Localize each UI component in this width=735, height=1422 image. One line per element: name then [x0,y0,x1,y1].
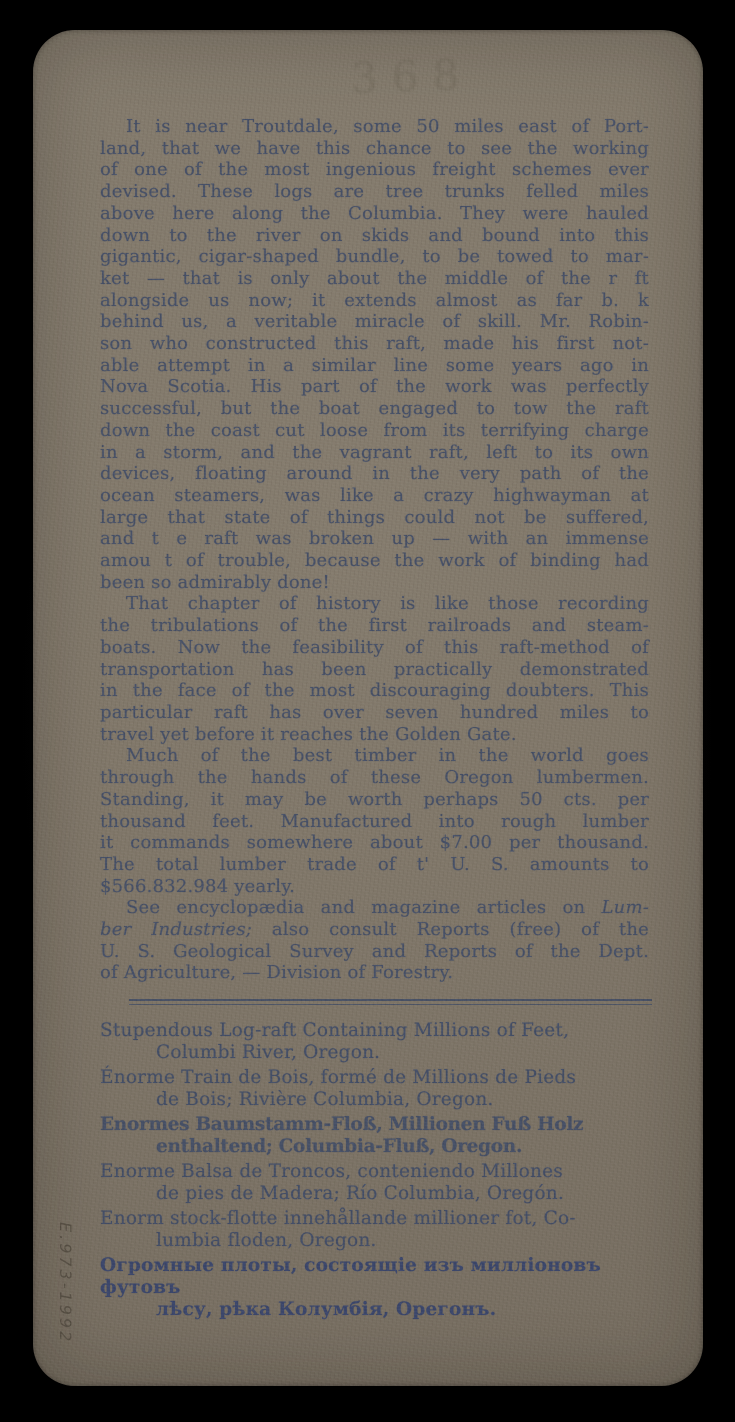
text-line: large that state of things could not be … [100,507,649,529]
description-text: It is near Troutdale, some 50 miles east… [100,116,649,984]
text-line: U. S. Geological Survey and Reports of t… [100,941,649,963]
text-line: above here along the Columbia. They were… [100,203,649,225]
text-line: See encyclopædia and magazine articles o… [100,897,649,919]
caption-sv: Enorm stock-flotte innehållande millione… [100,1208,656,1252]
caption-es: Enorme Balsa de Troncos, conteniendo Mil… [100,1161,656,1205]
text-line: лѣсу, рѣка Колумбія, Орегонъ. [100,1299,656,1321]
text-line: alongside us now; it extends almost as f… [100,290,649,312]
text-line: Enorme Balsa de Troncos, conteniendo Mil… [100,1161,656,1183]
text-line: ber Industries; also consult Reports (fr… [100,919,649,941]
text-line: Nova Scotia. His part of the work was pe… [100,376,649,398]
photo-background: 368 It is near Troutdale, some 50 miles … [0,0,735,1422]
text-line: devices, floating around in the very pat… [100,463,649,485]
text-line: de Bois; Rivière Columbia, Oregon. [100,1089,656,1111]
text-line: particular raft has over seven hundred m… [100,702,649,724]
text-line: Columbi River, Oregon. [100,1042,656,1064]
text-line: and t e raft was broken up — with an imm… [100,528,649,550]
caption-ru: Огромные плоты, состоящіе изъ милліоновъ… [100,1255,656,1320]
text-line: Enormes Baumstamm-Floß, Millionen Fuß Ho… [100,1114,656,1136]
text-line: Enorm stock-flotte innehållande millione… [100,1208,656,1230]
text-line: Standing, it may be worth perhaps 50 cts… [100,789,649,811]
text-line: transportation has been practically demo… [100,659,649,681]
caption-de: Enormes Baumstamm-Floß, Millionen Fuß Ho… [100,1114,656,1158]
text-line: Énorme Train de Bois, formé de Millions … [100,1067,656,1089]
caption-en: Stupendous Log-raft Containing Millions … [100,1020,656,1064]
text-line: down the coast cut loose from its terrif… [100,420,649,442]
text-line: lumbia floden, Oregon. [100,1230,656,1252]
text-line: able attempt in a similar line some year… [100,355,649,377]
caption-fr: Énorme Train de Bois, formé de Millions … [100,1067,656,1111]
text-line: ocean steamers, was like a crazy highway… [100,485,649,507]
text-line: land, that we have this chance to see th… [100,138,649,160]
faint-embossed-number: 368 [350,50,474,103]
text-line: enthaltend; Columbia-Fluß, Oregon. [100,1136,656,1158]
text-line: thousand feet. Manufactured into rough l… [100,811,649,833]
text-line: gigantic, cigar-shaped bundle, to be tow… [100,246,649,268]
text-line: The total lumber trade of t' U. S. amoun… [100,854,649,876]
text-line: in the face of the most discouraging dou… [100,680,649,702]
text-line: boats. Now the feasibility of this raft-… [100,637,649,659]
text-line: That chapter of history is like those re… [100,593,649,615]
text-line: through the hands of these Oregon lumber… [100,767,649,789]
text-line: son who constructed this raft, made his … [100,333,649,355]
text-line: down to the river on skids and bound int… [100,225,649,247]
text-line: in a storm, and the vagrant raft, left t… [100,442,649,464]
caption-list: Stupendous Log-raft Containing Millions … [100,1020,656,1324]
paragraph: Much of the best timber in the world goe… [100,745,649,897]
text-line: Огромные плоты, состоящіе изъ милліоновъ… [100,1255,656,1299]
text-line: It is near Troutdale, some 50 miles east… [100,116,649,138]
text-line: it commands somewhere about $7.00 per th… [100,832,649,854]
text-line: ket — that is only about the middle of t… [100,268,649,290]
text-line: $566.832.984 yearly. [100,876,649,898]
text-line: the tribulations of the first railroads … [100,615,649,637]
text-line: de pies de Madera; Río Columbia, Oregón. [100,1183,656,1205]
text-line: of Agriculture, — Division of Forestry. [100,962,649,984]
divider-rule [129,999,652,1005]
text-line: of one of the most ingenious freight sch… [100,159,649,181]
text-line: Much of the best timber in the world goe… [100,745,649,767]
paragraph: See encyclopædia and magazine articles o… [100,897,649,984]
text-line: Stupendous Log-raft Containing Millions … [100,1020,656,1042]
text-line: travel yet before it reaches the Golden … [100,724,649,746]
text-line: amou t of trouble, because the work of b… [100,550,649,572]
pencil-inscription: E.973-1992 [57,1222,75,1418]
text-line: successful, but the boat engaged to tow … [100,398,649,420]
paragraph: It is near Troutdale, some 50 miles east… [100,116,649,593]
text-line: been so admirably done! [100,572,649,594]
text-line: devised. These logs are tree trunks fell… [100,181,649,203]
stereocard-back: 368 It is near Troutdale, some 50 miles … [33,30,703,1386]
text-line: behind us, a veritable miracle of skill.… [100,311,649,333]
paragraph: That chapter of history is like those re… [100,593,649,745]
